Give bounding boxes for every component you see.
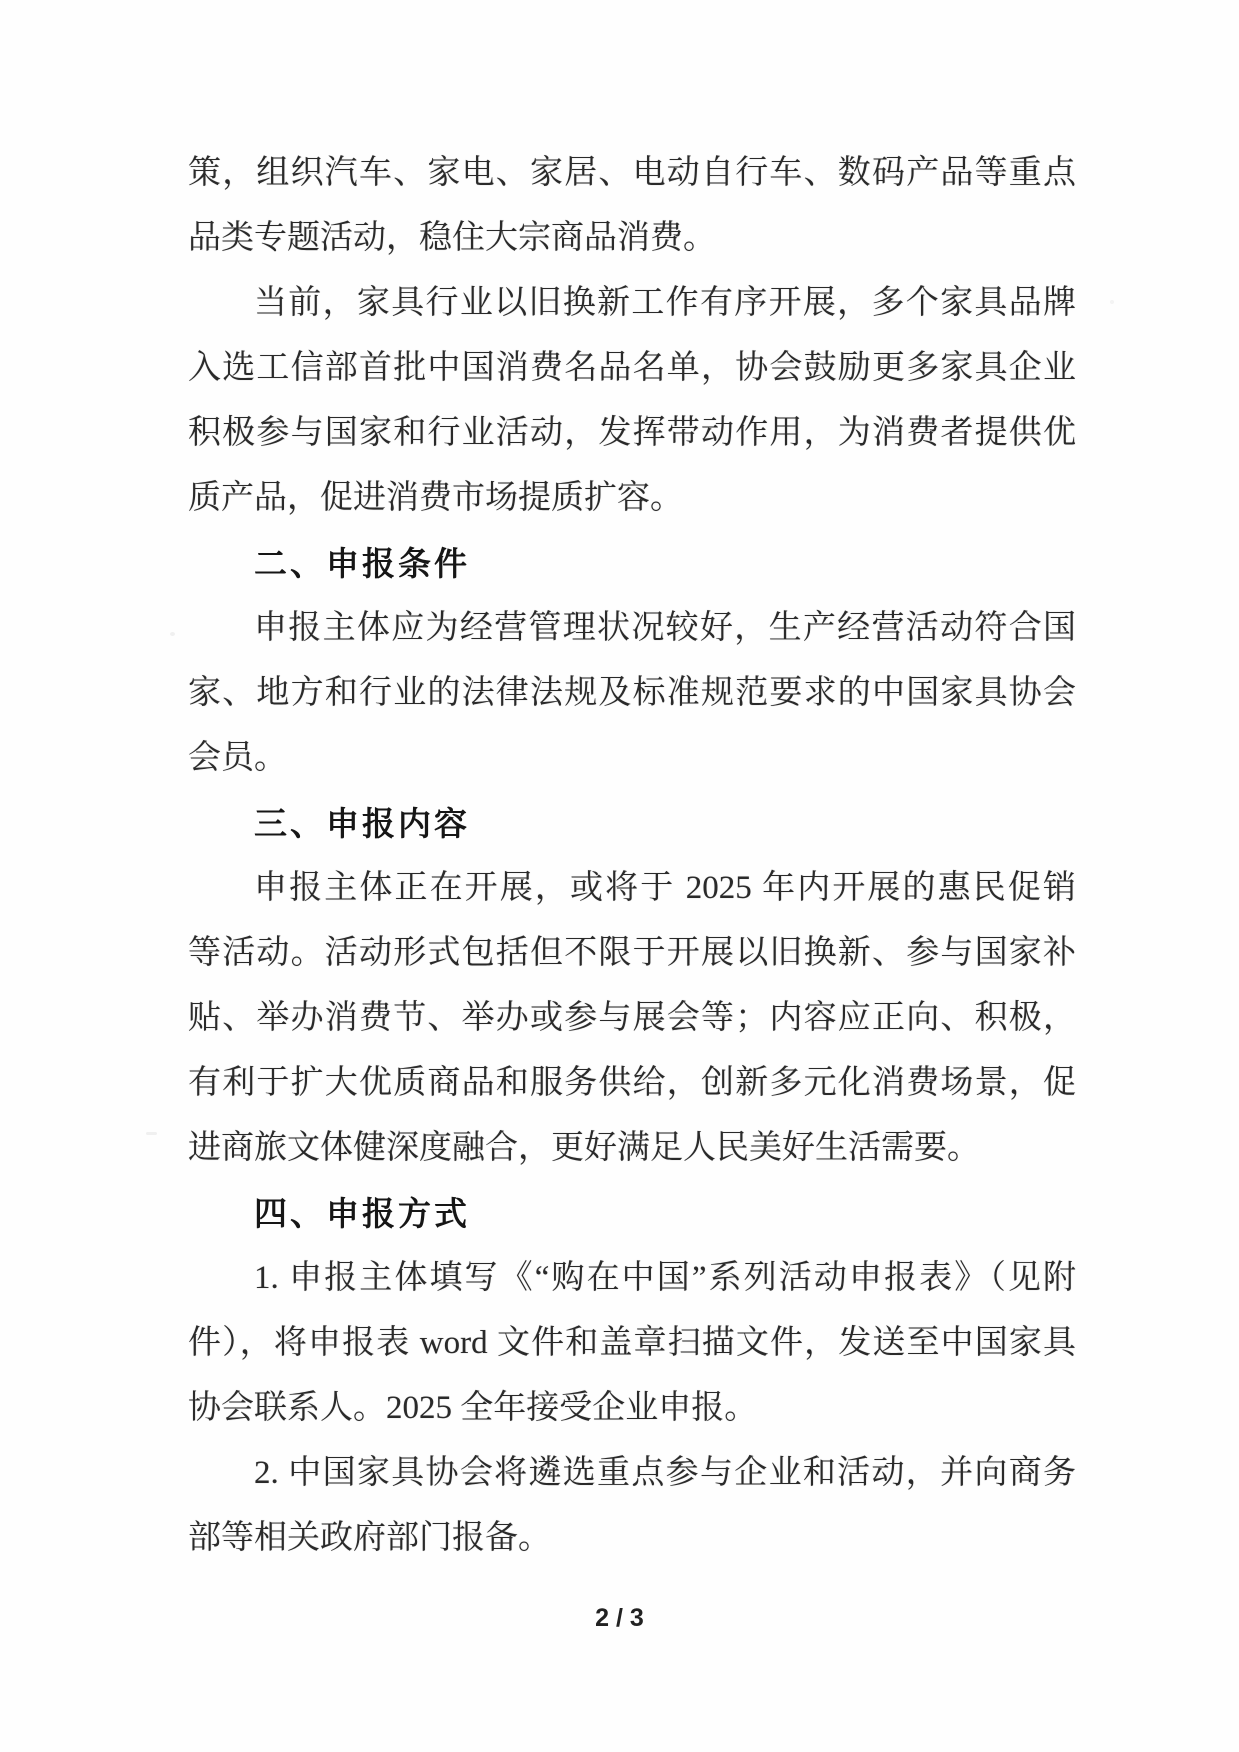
- body-line: 贴、举办消费节、举办或参与展会等；内容应正向、积极，: [188, 986, 1076, 1051]
- section-heading-conditions: 二、申报条件: [188, 531, 1076, 596]
- body-line: 质产品，促进消费市场提质扩容。: [188, 466, 1076, 531]
- body-line: 等活动。活动形式包括但不限于开展以旧换新、参与国家补: [188, 921, 1076, 986]
- document-body: 策，组织汽车、家电、家居、电动自行车、数码产品等重点 品类专题活动，稳住大宗商品…: [188, 141, 1076, 1571]
- scan-artifact: [1110, 300, 1114, 304]
- body-line: 品类专题活动，稳住大宗商品消费。: [188, 206, 1076, 271]
- body-line: 会员。: [188, 726, 1076, 791]
- body-line: 申报主体正在开展，或将于 2025 年内开展的惠民促销: [188, 856, 1076, 921]
- body-line: 件），将申报表 word 文件和盖章扫描文件，发送至中国家具: [188, 1311, 1076, 1376]
- section-heading-method: 四、申报方式: [188, 1181, 1076, 1246]
- scan-artifact: [170, 632, 175, 636]
- document-page: 策，组织汽车、家电、家居、电动自行车、数码产品等重点 品类专题活动，稳住大宗商品…: [0, 0, 1239, 1752]
- body-line: 2. 中国家具协会将遴选重点参与企业和活动，并向商务: [188, 1441, 1076, 1506]
- body-line: 部等相关政府部门报备。: [188, 1506, 1076, 1571]
- body-line: 1. 申报主体填写《“购在中国”系列活动申报表》（见附: [188, 1246, 1076, 1311]
- body-line: 协会联系人。2025 全年接受企业申报。: [188, 1376, 1076, 1441]
- section-heading-content: 三、申报内容: [188, 791, 1076, 856]
- scan-artifact: [146, 1132, 157, 1135]
- body-line: 策，组织汽车、家电、家居、电动自行车、数码产品等重点: [188, 141, 1076, 206]
- body-line: 申报主体应为经营管理状况较好，生产经营活动符合国: [188, 596, 1076, 661]
- body-line: 有利于扩大优质商品和服务供给，创新多元化消费场景，促: [188, 1051, 1076, 1116]
- body-line: 当前，家具行业以旧换新工作有序开展，多个家具品牌: [188, 271, 1076, 336]
- body-line: 积极参与国家和行业活动，发挥带动作用，为消费者提供优: [188, 401, 1076, 466]
- body-line: 入选工信部首批中国消费名品名单，协会鼓励更多家具企业: [188, 336, 1076, 401]
- body-line: 家、地方和行业的法律法规及标准规范要求的中国家具协会: [188, 661, 1076, 726]
- page-number: 2 / 3: [0, 1598, 1239, 1638]
- body-line: 进商旅文体健深度融合，更好满足人民美好生活需要。: [188, 1116, 1076, 1181]
